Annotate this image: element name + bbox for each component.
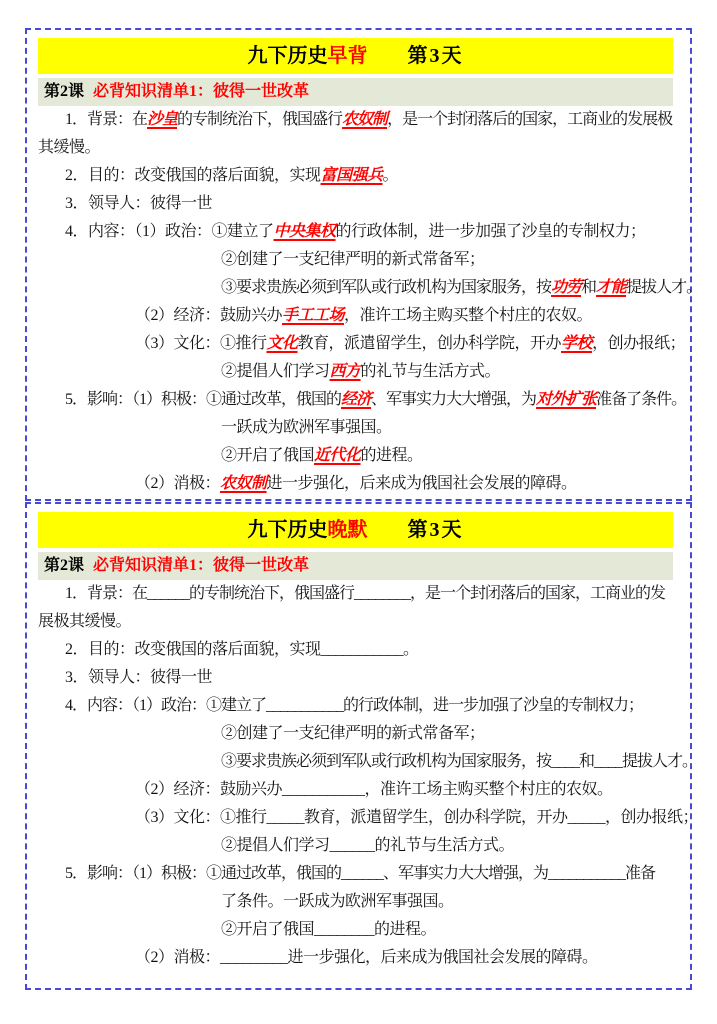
text-line: 其缓慢。 [38, 134, 673, 162]
text-line: ②提倡人们学习西方的礼节与生活方式。 [38, 358, 673, 386]
keyword-term: 手工工场 [282, 307, 344, 324]
lesson-topic: 必背知识清单1：彼得一世改革 [93, 557, 309, 574]
text-line: 5．影响：（1）积极：①通过改革，俄国的______、军事实力大大增强，为___… [38, 860, 673, 888]
title-bar-evening: 九下历史晚默第3天 [38, 512, 673, 548]
text-run: （2）经济：鼓励兴办 [135, 307, 282, 324]
keyword-term: 中央集权 [274, 223, 336, 240]
text-line: ②提倡人们学习______的礼节与生活方式。 [38, 832, 673, 860]
text-run: 3．领导人：彼得一世 [65, 669, 212, 686]
keyword-term: 才能 [596, 279, 626, 296]
text-line: （2）消极：农奴制进一步强化，后来成为俄国社会发展的障碍。 [38, 470, 673, 498]
text-run: 5．影响：（1）积极：①通过改革，俄国的______、军事实力大大增强，为___… [65, 865, 655, 882]
lesson-number: 第2课 [44, 83, 84, 100]
text-line: ③要求贵族必须到军队或行政机构为国家服务，按功劳和才能提拔人才。 [38, 274, 673, 302]
section-body-0: 1．背景：在沙皇的专制统治下，俄国盛行农奴制，是一个封闭落后的国家，工商业的发展… [38, 106, 673, 498]
title-session-morning: 早背 [328, 45, 368, 67]
text-line: （2）经济：鼓励兴办___________，准许工场主购买整个村庄的农奴。 [38, 776, 673, 804]
text-run: ，是一个封闭落后的国家，工商业的发展极 [387, 111, 672, 128]
text-line: 了条件。一跃成为欧洲军事强国。 [38, 888, 673, 916]
keyword-term: 文化 [267, 335, 298, 352]
text-run: 4．内容：（1）政治：①建立了___________的行政体制，进一步加强了沙皇… [65, 697, 643, 714]
text-run: ②提倡人们学习 [221, 363, 330, 380]
text-run: ，创办报纸； [592, 335, 685, 352]
text-run: ②提倡人们学习______的礼节与生活方式。 [221, 837, 514, 854]
lesson-bar-morning: 第2课必背知识清单1：彼得一世改革 [38, 78, 673, 106]
keyword-term: 经济 [341, 391, 371, 408]
title-course: 九下历史 [248, 519, 328, 541]
lesson-topic: 必背知识清单1：彼得一世改革 [93, 83, 309, 100]
text-run: ②开启了俄国 [221, 447, 314, 464]
text-run: 的专制统治下，俄国盛行 [177, 111, 342, 128]
text-run: （2）消极：_________进一步强化，后来成为俄国社会发展的障碍。 [135, 949, 598, 966]
text-line: （2）经济：鼓励兴办手工工场，准许工场主购买整个村庄的农奴。 [38, 302, 673, 330]
text-run: （2）消极： [135, 475, 220, 492]
title-course: 九下历史 [248, 45, 328, 67]
text-run: ③要求贵族必须到军队或行政机构为国家服务，按____和____提拔人才。 [221, 753, 697, 770]
text-line: 3．领导人：彼得一世 [38, 664, 673, 692]
text-run: ②创建了一支纪律严明的新式常备军； [221, 725, 485, 742]
text-run: 3．领导人：彼得一世 [65, 195, 212, 212]
title-session-evening: 晚默 [328, 519, 368, 541]
keyword-term: 西方 [330, 363, 361, 380]
section-body-1: 1．背景：在______的专制统治下，俄国盛行________，是一个封闭落后的… [38, 580, 673, 972]
text-run: 1．背景：在 [65, 111, 147, 128]
lesson-number: 第2课 [44, 557, 84, 574]
text-run: 进一步强化，后来成为俄国社会发展的障碍。 [267, 475, 577, 492]
keyword-term: 富国强兵 [321, 167, 383, 184]
text-run: （2）经济：鼓励兴办___________，准许工场主购买整个村庄的农奴。 [135, 781, 613, 798]
text-line: 3．领导人：彼得一世 [38, 190, 673, 218]
text-run: 2．目的：改变俄国的落后面貌，实现___________。 [65, 641, 419, 658]
text-run: 展极其缓慢。 [38, 613, 131, 630]
text-run: 准备了条件。 [596, 391, 686, 408]
keyword-term: 学校 [561, 335, 592, 352]
text-line: ②创建了一支纪律严明的新式常备军； [38, 720, 673, 748]
text-run: 1．背景：在______的专制统治下，俄国盛行________，是一个封闭落后的… [65, 585, 665, 602]
text-line: ②开启了俄国________的进程。 [38, 916, 673, 944]
text-line: （3）文化：①推行文化教育，派遣留学生，创办科学院，开办学校，创办报纸； [38, 330, 673, 358]
text-line: 1．背景：在沙皇的专制统治下，俄国盛行农奴制，是一个封闭落后的国家，工商业的发展… [38, 106, 673, 134]
text-run: （3）文化：①推行_____教育，派遣留学生，创办科学院，开办_____，创办报… [135, 809, 698, 826]
lesson-bar-evening: 第2课必背知识清单1：彼得一世改革 [38, 552, 673, 580]
text-run: 其缓慢。 [38, 139, 100, 156]
keyword-term: 功劳 [551, 279, 581, 296]
text-line: 展极其缓慢。 [38, 608, 673, 636]
title-day: 第3天 [408, 45, 464, 67]
keyword-term: 对外扩张 [536, 391, 596, 408]
text-run: （3）文化：①推行 [135, 335, 267, 352]
keyword-term: 沙皇 [147, 111, 177, 128]
keyword-term: 农奴制 [342, 111, 387, 128]
text-run: 2．目的：改变俄国的落后面貌，实现 [65, 167, 321, 184]
title-bar-morning: 九下历史早背第3天 [38, 38, 673, 74]
text-run: 和 [581, 279, 596, 296]
text-run: 。 [383, 167, 399, 184]
text-run: ，准许工场主购买整个村庄的农奴。 [344, 307, 592, 324]
text-line: 2．目的：改变俄国的落后面貌，实现富国强兵。 [38, 162, 673, 190]
text-line: 2．目的：改变俄国的落后面貌，实现___________。 [38, 636, 673, 664]
text-run: 了条件。一跃成为欧洲军事强国。 [221, 893, 454, 910]
card-morning-recite: 九下历史早背第3天 第2课必背知识清单1：彼得一世改革 1．背景：在沙皇的专制统… [25, 28, 692, 501]
text-run: 一跃成为欧洲军事强国。 [221, 419, 392, 436]
text-run: 、军事实力大大增强，为 [371, 391, 536, 408]
text-line: 4．内容：（1）政治：①建立了中央集权的行政体制，进一步加强了沙皇的专制权力； [38, 218, 673, 246]
text-line: （2）消极：_________进一步强化，后来成为俄国社会发展的障碍。 [38, 944, 673, 972]
text-run: 提拔人才。 [626, 279, 701, 296]
text-line: ②创建了一支纪律严明的新式常备军； [38, 246, 673, 274]
text-line: 一跃成为欧洲军事强国。 [38, 414, 673, 442]
text-run: ②创建了一支纪律严明的新式常备军； [221, 251, 485, 268]
text-run: 4．内容：（1）政治：①建立了 [65, 223, 274, 240]
card-evening-quiz: 九下历史晚默第3天 第2课必背知识清单1：彼得一世改革 1．背景：在______… [25, 502, 692, 990]
text-run: 教育，派遣留学生，创办科学院，开办 [298, 335, 562, 352]
text-line: 1．背景：在______的专制统治下，俄国盛行________，是一个封闭落后的… [38, 580, 673, 608]
text-line: ②开启了俄国近代化的进程。 [38, 442, 673, 470]
text-run: 的礼节与生活方式。 [361, 363, 501, 380]
keyword-term: 近代化 [314, 447, 361, 464]
text-run: 的行政体制，进一步加强了沙皇的专制权力； [336, 223, 646, 240]
text-line: ③要求贵族必须到军队或行政机构为国家服务，按____和____提拔人才。 [38, 748, 673, 776]
text-run: ③要求贵族必须到军队或行政机构为国家服务，按 [221, 279, 551, 296]
text-run: ②开启了俄国________的进程。 [221, 921, 436, 938]
worksheet-page: { "colors": { "accent_red": "#ff0000", "… [0, 0, 717, 1024]
text-line: 5．影响：（1）积极：①通过改革，俄国的经济、军事实力大大增强，为对外扩张准备了… [38, 386, 673, 414]
title-day: 第3天 [408, 519, 464, 541]
keyword-term: 农奴制 [220, 475, 267, 492]
text-line: 4．内容：（1）政治：①建立了___________的行政体制，进一步加强了沙皇… [38, 692, 673, 720]
text-run: 的进程。 [361, 447, 423, 464]
text-line: （3）文化：①推行_____教育，派遣留学生，创办科学院，开办_____，创办报… [38, 804, 673, 832]
text-run: 5．影响：（1）积极：①通过改革，俄国的 [65, 391, 341, 408]
